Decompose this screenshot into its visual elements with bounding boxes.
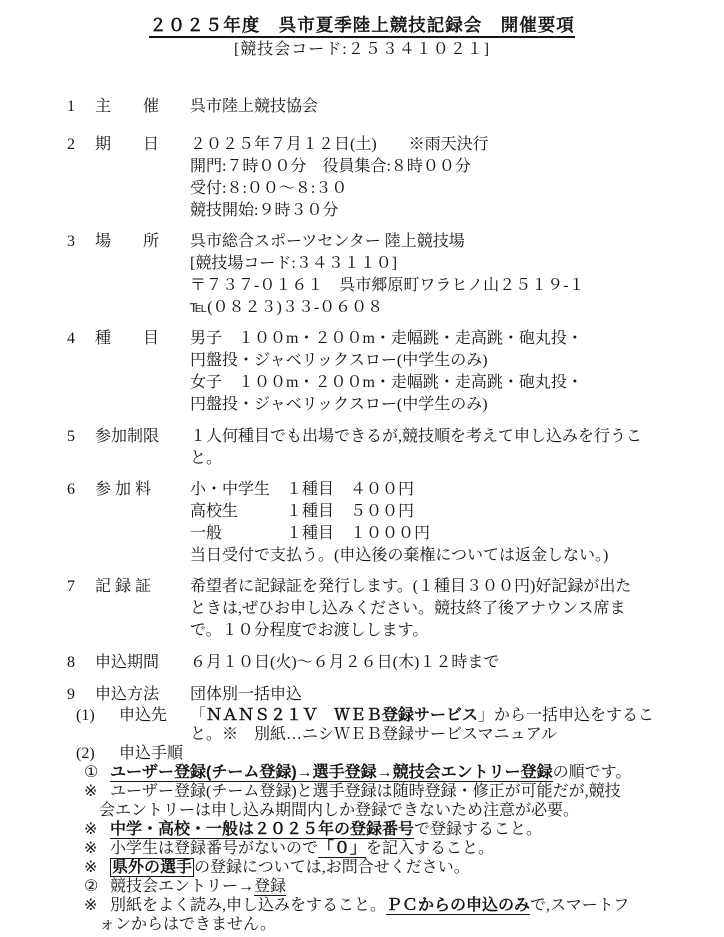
reference-mark: ※ xyxy=(84,782,110,801)
application-details: (1) 申込先 「ＮＡＮＳ２１Ｖ ＷＥＢ登録サービス」から一括申込をするこ と。… xyxy=(0,706,724,934)
section-label: 申込期間 xyxy=(95,652,190,674)
text-line: 会エントリーは申し込み期間内しか登録できないため注意が必要。 xyxy=(99,801,724,820)
section-number: 3 xyxy=(67,231,95,319)
procedure-note-registration-number: ※ 中学・高校・一般は２０２５年の登録番号で登録すること。 xyxy=(0,820,724,839)
text-line: 受付:８:００〜８:３０ xyxy=(190,178,724,200)
section-label: 種 目 xyxy=(95,328,190,416)
circled-1-marker: ① xyxy=(84,763,110,782)
sub-item-label: 申込手順 xyxy=(119,744,190,763)
bold-underline-text: 中学・高校・一般は２０２５年の登録番号 xyxy=(110,821,414,839)
text-line: ときは,ぜひお申し込みください。競技終了後アナウンス席ま xyxy=(190,598,724,620)
text-line: 開門:７時００分 役員集合:８時００分 xyxy=(190,156,724,178)
text-line: ユーザー登録(チーム登録)と選手登録は随時登録・修正が可能だが,競技 xyxy=(110,782,724,801)
section-number: 5 xyxy=(67,426,95,470)
section-label: 参加制限 xyxy=(95,426,190,470)
section-number: 9 xyxy=(67,684,95,706)
text-line: 円盤投・ジャベリックスロー(中学生のみ) xyxy=(190,350,724,372)
text-line: ℡(０８２３)３３-０６０８ xyxy=(190,297,724,319)
text-segment: を記入すること。 xyxy=(366,840,494,857)
text-line: 競技会エントリー→登録 xyxy=(110,877,724,896)
text-line: 希望者に記録証を発行します。(１種目３００円)好記録が出た xyxy=(190,576,724,598)
reference-mark: ※ xyxy=(84,839,110,858)
reference-mark: ※ xyxy=(84,858,110,877)
text-line: 〒７３７-０１６１ 呉市郷原町ワラヒノ山２５１９-１ xyxy=(190,275,724,297)
section-label: 主 催 xyxy=(95,96,190,118)
section-5-entry-limit: 5 参加制限 １人何種目でも出場できるが,競技順を考えて申し込みを行うこ と。 xyxy=(0,426,724,470)
procedure-note-outside-prefecture: ※ 県外の選手の登録については,お問合せください。 xyxy=(0,858,724,877)
section-2-date: 2 期 日 ２０２５年７月１２日(土) ※雨天決行 開門:７時００分 役員集合:… xyxy=(0,134,724,222)
section-6-entry-fee: 6 参 加 料 小・中学生 １種目 ４００円 高校生 １種目 ５００円 一般 １… xyxy=(0,479,724,567)
section-content: １人何種目でも出場できるが,競技順を考えて申し込みを行うこ と。 xyxy=(190,426,724,470)
section-label: 申込方法 xyxy=(95,684,190,706)
text-line: 男子 １００m・２００m・走幅跳・走高跳・砲丸投・ xyxy=(190,328,724,350)
procedure-note-pc-only: ※ 別紙をよく読み,申し込みをすること。ＰＣからの申込のみで,スマートフ xyxy=(0,896,724,915)
text-line: 呉市陸上競技協会 xyxy=(190,96,724,118)
text-line: 中学・高校・一般は２０２５年の登録番号で登録すること。 xyxy=(110,820,724,839)
text-segment: で登録すること。 xyxy=(414,821,542,838)
text-line: 競技開始:９時３０分 xyxy=(190,200,724,222)
section-content: ２０２５年７月１２日(土) ※雨天決行 開門:７時００分 役員集合:８時００分 … xyxy=(190,134,724,222)
section-number: 7 xyxy=(67,576,95,642)
section-7-record-certificate: 7 記 録 証 希望者に記録証を発行します。(１種目３００円)好記録が出た とき… xyxy=(0,576,724,642)
section-8-application-period: 8 申込期間 ６月１０日(火)〜６月２６日(木)１２時まで xyxy=(0,652,724,674)
text-line: 高校生 １種目 ５００円 xyxy=(190,501,724,523)
text-line: 県外の選手の登録については,お問合せください。 xyxy=(110,858,724,877)
text-line: 団体別一括申込 xyxy=(190,684,724,706)
text-line: 円盤投・ジャベリックスロー(中学生のみ) xyxy=(190,394,724,416)
text-line: ６月１０日(火)〜６月２６日(木)１２時まで xyxy=(190,652,724,674)
section-content: 小・中学生 １種目 ４００円 高校生 １種目 ５００円 一般 １種目 １０００円… xyxy=(190,479,724,567)
text-segment: の登録については,お問合せください。 xyxy=(194,859,470,876)
text-line: 小学生は登録番号がないので「０」を記入すること。 xyxy=(110,839,724,858)
sub-item-number: (1) xyxy=(76,706,119,744)
section-content: 団体別一括申込 xyxy=(190,684,724,706)
section-label: 記 録 証 xyxy=(95,576,190,642)
bold-underline-text: ＰＣからの申込のみ xyxy=(386,897,530,915)
text-line: と。 xyxy=(190,448,724,470)
text-line: 一般 １種目 １０００円 xyxy=(190,523,724,545)
application-procedure-row: (2) 申込手順 xyxy=(0,744,724,763)
section-3-venue: 3 場 所 呉市総合スポーツセンター 陸上競技場 [競技場コード:３４３１１０]… xyxy=(0,231,724,319)
text-line: 小・中学生 １種目 ４００円 xyxy=(190,479,724,501)
procedure-note-registration: ※ ユーザー登録(チーム登録)と選手登録は随時登録・修正が可能だが,競技 xyxy=(0,782,724,801)
procedure-step-1: ① ユーザー登録(チーム登録)→選手登録→競技会エントリー登録の順です。 xyxy=(0,763,724,782)
text-segment: 「 xyxy=(190,707,206,724)
text-line: で。１０分程度でお渡しします。 xyxy=(190,620,724,642)
section-content: 男子 １００m・２００m・走幅跳・走高跳・砲丸投・ 円盤投・ジャベリックスロー(… xyxy=(190,328,724,416)
text-line: 呉市総合スポーツセンター 陸上競技場 xyxy=(190,231,724,253)
document-title: ２０２５年度 呉市夏季陸上競技記録会 開催要項 xyxy=(149,15,575,38)
section-number: 1 xyxy=(67,96,95,118)
underline-text: 登録 xyxy=(254,878,286,896)
text-segment: 」から一括申込をするこ xyxy=(478,707,654,724)
section-number: 4 xyxy=(67,328,95,416)
application-target-row: (1) 申込先 「ＮＡＮＳ２１Ｖ ＷＥＢ登録サービス」から一括申込をするこ と。… xyxy=(0,706,724,744)
section-number: 8 xyxy=(67,652,95,674)
section-label: 参 加 料 xyxy=(95,479,190,567)
section-4-events: 4 種 目 男子 １００m・２００m・走幅跳・走高跳・砲丸投・ 円盤投・ジャベリ… xyxy=(0,328,724,416)
title-row: ２０２５年度 呉市夏季陸上競技記録会 開催要項 xyxy=(0,12,724,40)
circled-2-marker: ② xyxy=(84,877,110,896)
text-segment: の順です。 xyxy=(553,764,632,781)
service-name-bold: ＮＡＮＳ２１Ｖ ＷＥＢ登録サービス xyxy=(206,707,478,724)
section-content: ６月１０日(火)〜６月２６日(木)１２時まで xyxy=(190,652,724,674)
text-line: 「ＮＡＮＳ２１Ｖ ＷＥＢ登録サービス」から一括申込をするこ xyxy=(190,706,724,725)
reference-mark: ※ xyxy=(84,896,110,915)
bold-underline-text: 「０」 xyxy=(318,840,366,858)
section-number: 6 xyxy=(67,479,95,567)
meet-code: [競技会コード:２５３４１０２１] xyxy=(0,40,724,60)
text-segment: で,スマートフ xyxy=(530,897,629,914)
text-line: １人何種目でも出場できるが,競技順を考えて申し込みを行うこ xyxy=(190,426,724,448)
section-label: 場 所 xyxy=(95,231,190,319)
section-9-application-method: 9 申込方法 団体別一括申込 xyxy=(0,684,724,706)
procedure-step-2: ② 競技会エントリー→登録 xyxy=(0,877,724,896)
text-segment: 競技会エントリー→ xyxy=(110,878,254,895)
sub-item-number: (2) xyxy=(76,744,119,763)
text-line: [競技場コード:３４３１１０] xyxy=(190,253,724,275)
section-content: 希望者に記録証を発行します。(１種目３００円)好記録が出た ときは,ぜひお申し込… xyxy=(190,576,724,642)
text-line: ２０２５年７月１２日(土) ※雨天決行 xyxy=(190,134,724,156)
procedure-note-elementary: ※ 小学生は登録番号がないので「０」を記入すること。 xyxy=(0,839,724,858)
section-content: 呉市陸上競技協会 xyxy=(190,96,724,118)
section-number: 2 xyxy=(67,134,95,222)
text-segment: 小学生は登録番号がないので xyxy=(110,840,318,857)
bold-underline-text: ユーザー登録(チーム登録)→選手登録→競技会エントリー登録 xyxy=(110,764,553,782)
text-line: と。※ 別紙…ニシＷＥＢ登録サービスマニュアル xyxy=(190,725,724,744)
text-line: 別紙をよく読み,申し込みをすること。ＰＣからの申込のみで,スマートフ xyxy=(110,896,724,915)
text-line: ユーザー登録(チーム登録)→選手登録→競技会エントリー登録の順です。 xyxy=(110,763,724,782)
section-label: 期 日 xyxy=(95,134,190,222)
text-line: ォンからはできません。 xyxy=(99,915,724,934)
reference-mark: ※ xyxy=(84,820,110,839)
sub-item-content: 「ＮＡＮＳ２１Ｖ ＷＥＢ登録サービス」から一括申込をするこ と。※ 別紙…ニシＷ… xyxy=(190,706,724,744)
text-segment: 別紙をよく読み,申し込みをすること。 xyxy=(110,897,386,914)
text-line: 当日受付で支払う。(申込後の棄権については返金しない。) xyxy=(190,545,724,567)
section-content: 呉市総合スポーツセンター 陸上競技場 [競技場コード:３４３１１０] 〒７３７-… xyxy=(190,231,724,319)
document-page: ２０２５年度 呉市夏季陸上競技記録会 開催要項 [競技会コード:２５３４１０２１… xyxy=(0,0,724,934)
sub-item-label: 申込先 xyxy=(119,706,190,744)
text-line: 女子 １００m・２００m・走幅跳・走高跳・砲丸投・ xyxy=(190,372,724,394)
boxed-text: 県外の選手 xyxy=(110,858,194,877)
section-1-organizer: 1 主 催 呉市陸上競技協会 xyxy=(0,96,724,118)
